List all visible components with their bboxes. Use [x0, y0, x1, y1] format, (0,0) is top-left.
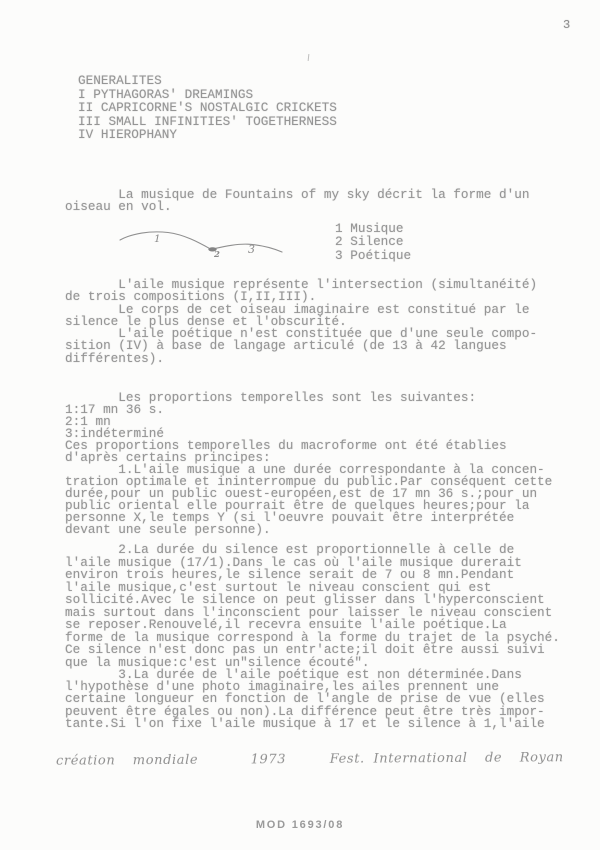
diagram-label-poetic-wing: 3 — [248, 243, 255, 256]
diagram-legend: 1 Musique 2 Silence 3 Poétique — [335, 222, 411, 262]
intro-paragraph: La musique de Fountains of my sky décrit… — [65, 189, 529, 212]
paragraph-temporal-proportions: Les proportions temporelles sont les sui… — [65, 392, 507, 465]
handwritten-premiere-note: création mondiale 1973 Fest. Internation… — [56, 750, 564, 769]
diagram-label-music-wing: 1 — [154, 233, 161, 245]
scanned-typewritten-page: 3 GENERALITES I PYTHAGORAS' DREAMINGS II… — [0, 0, 600, 850]
paragraph-wings-description: L'aile musique représente l'intersection… — [65, 279, 537, 365]
page-number: 3 — [563, 19, 570, 31]
bird-flight-diagram — [112, 223, 297, 263]
document-reference-code: MOD 1693/08 — [0, 819, 600, 831]
scan-artifact-mark — [308, 54, 310, 61]
bird-wing-curve — [120, 232, 282, 252]
paragraph-principle-3: 3.La durée de l'aile poétique est non dé… — [65, 669, 545, 730]
paragraph-principle-1: 1.L'aile musique a une durée corresponda… — [65, 464, 552, 535]
table-of-contents: GENERALITES I PYTHAGORAS' DREAMINGS II C… — [78, 74, 337, 142]
diagram-label-silence-body: 2 — [214, 250, 220, 260]
paragraph-principle-2: 2.La durée du silence est proportionnell… — [65, 544, 560, 669]
